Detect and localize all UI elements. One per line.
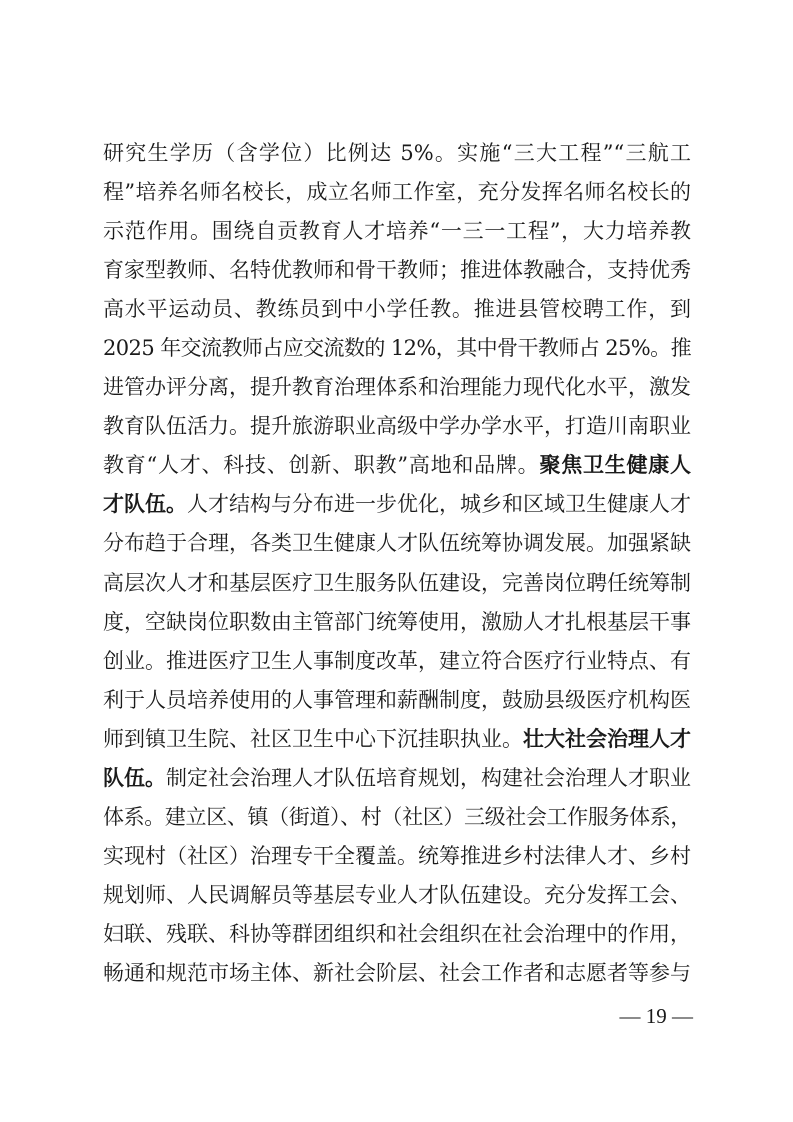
text-line: 创业。推进医疗卫生人事制度改革，建立符合医疗行业特点、有 — [103, 642, 691, 681]
text-line: 进管办评分离，提升教育治理体系和治理能力现代化水平，激发 — [103, 368, 691, 407]
bold-heading: 壮大社会治理人才 — [523, 727, 691, 751]
text-segment: 高水平运动员、教练员到中小学任教。推进县管校聘工作，到 — [103, 297, 691, 321]
bold-heading: 才队伍。 — [103, 492, 187, 516]
text-line: 分布趋于合理，各类卫生健康人才队伍统筹协调发展。加强紧缺 — [103, 524, 691, 563]
text-segment: 妇联、残联、科协等群团组织和社会组织在社会治理中的作用， — [103, 922, 691, 946]
text-segment: 教育队伍活力。提升旅游职业高级中学办学水平，打造川南职业 — [103, 414, 691, 438]
page-number: — 19 — — [617, 1004, 693, 1029]
text-segment: 度，空缺岗位职数由主管部门统筹使用，激励人才扎根基层干事 — [103, 610, 691, 634]
text-segment: 研究生学历（含学位）比例达 5%。实施“三大工程”“三航工 — [103, 141, 691, 165]
text-line: 程”培养名师名校长，成立名师工作室，充分发挥名师名校长的 — [103, 173, 691, 212]
text-line: 规划师、人民调解员等基层专业人才队伍建设。充分发挥工会、 — [103, 876, 691, 915]
text-segment: 利于人员培养使用的人事管理和薪酬制度，鼓励县级医疗机构医 — [103, 688, 691, 712]
text-segment: 畅通和规范市场主体、新社会阶层、社会工作者和志愿者等参与 — [103, 961, 691, 985]
text-line: 教育队伍活力。提升旅游职业高级中学办学水平，打造川南职业 — [103, 407, 691, 446]
text-line: 才队伍。人才结构与分布进一步优化，城乡和区域卫生健康人才 — [103, 485, 691, 524]
document-page: 研究生学历（含学位）比例达 5%。实施“三大工程”“三航工程”培养名师名校长，成… — [0, 0, 793, 1122]
text-segment: 高层次人才和基层医疗卫生服务队伍建设，完善岗位聘任统筹制 — [103, 571, 691, 595]
text-line: 实现村（社区）治理专干全覆盖。统筹推进乡村法律人才、乡村 — [103, 837, 691, 876]
text-segment: 人才结构与分布进一步优化，城乡和区域卫生健康人才 — [187, 492, 691, 516]
text-segment: 教育“人才、科技、创新、职教”高地和品牌。 — [103, 453, 539, 477]
text-line: 队伍。制定社会治理人才队伍培育规划，构建社会治理人才职业 — [103, 759, 691, 798]
bold-heading: 聚焦卫生健康人 — [539, 453, 691, 477]
text-line: 高层次人才和基层医疗卫生服务队伍建设，完善岗位聘任统筹制 — [103, 564, 691, 603]
text-segment: 程”培养名师名校长，成立名师工作室，充分发挥名师名校长的 — [103, 180, 691, 204]
text-line: 研究生学历（含学位）比例达 5%。实施“三大工程”“三航工 — [103, 134, 691, 173]
text-segment: 进管办评分离，提升教育治理体系和治理能力现代化水平，激发 — [103, 375, 691, 399]
text-segment: 分布趋于合理，各类卫生健康人才队伍统筹协调发展。加强紧缺 — [103, 531, 691, 555]
text-line: 体系。建立区、镇（街道）、村（社区）三级社会工作服务体系， — [103, 798, 691, 837]
text-segment: 规划师、人民调解员等基层专业人才队伍建设。充分发挥工会、 — [103, 883, 691, 907]
text-segment: 实现村（社区）治理专干全覆盖。统筹推进乡村法律人才、乡村 — [103, 844, 691, 868]
text-line: 师到镇卫生院、社区卫生中心下沉挂职执业。壮大社会治理人才 — [103, 720, 691, 759]
text-line: 度，空缺岗位职数由主管部门统筹使用，激励人才扎根基层干事 — [103, 603, 691, 642]
text-line: 利于人员培养使用的人事管理和薪酬制度，鼓励县级医疗机构医 — [103, 681, 691, 720]
text-segment: 创业。推进医疗卫生人事制度改革，建立符合医疗行业特点、有 — [103, 649, 691, 673]
text-line: 高水平运动员、教练员到中小学任教。推进县管校聘工作，到 — [103, 290, 691, 329]
text-line: 教育“人才、科技、创新、职教”高地和品牌。聚焦卫生健康人 — [103, 446, 691, 485]
text-segment: 示范作用。围绕自贡教育人才培养“一三一工程”，大力培养教 — [103, 219, 691, 243]
text-segment: 制定社会治理人才队伍培育规划，构建社会治理人才职业 — [166, 766, 691, 790]
text-line: 2025 年交流教师占应交流数的 12%，其中骨干教师占 25%。推 — [103, 329, 691, 368]
text-segment: 育家型教师、名特优教师和骨干教师；推进体教融合，支持优秀 — [103, 258, 691, 282]
text-line: 育家型教师、名特优教师和骨干教师；推进体教融合，支持优秀 — [103, 251, 691, 290]
text-segment: 体系。建立区、镇（街道）、村（社区）三级社会工作服务体系， — [103, 805, 691, 829]
text-line: 示范作用。围绕自贡教育人才培养“一三一工程”，大力培养教 — [103, 212, 691, 251]
text-line: 畅通和规范市场主体、新社会阶层、社会工作者和志愿者等参与 — [103, 954, 691, 993]
text-line: 妇联、残联、科协等群团组织和社会组织在社会治理中的作用， — [103, 915, 691, 954]
body-paragraph: 研究生学历（含学位）比例达 5%。实施“三大工程”“三航工程”培养名师名校长，成… — [103, 134, 691, 993]
text-segment: 2025 年交流教师占应交流数的 12%，其中骨干教师占 25%。推 — [103, 336, 691, 360]
text-segment: 师到镇卫生院、社区卫生中心下沉挂职执业。 — [103, 727, 523, 751]
bold-heading: 队伍。 — [103, 766, 166, 790]
